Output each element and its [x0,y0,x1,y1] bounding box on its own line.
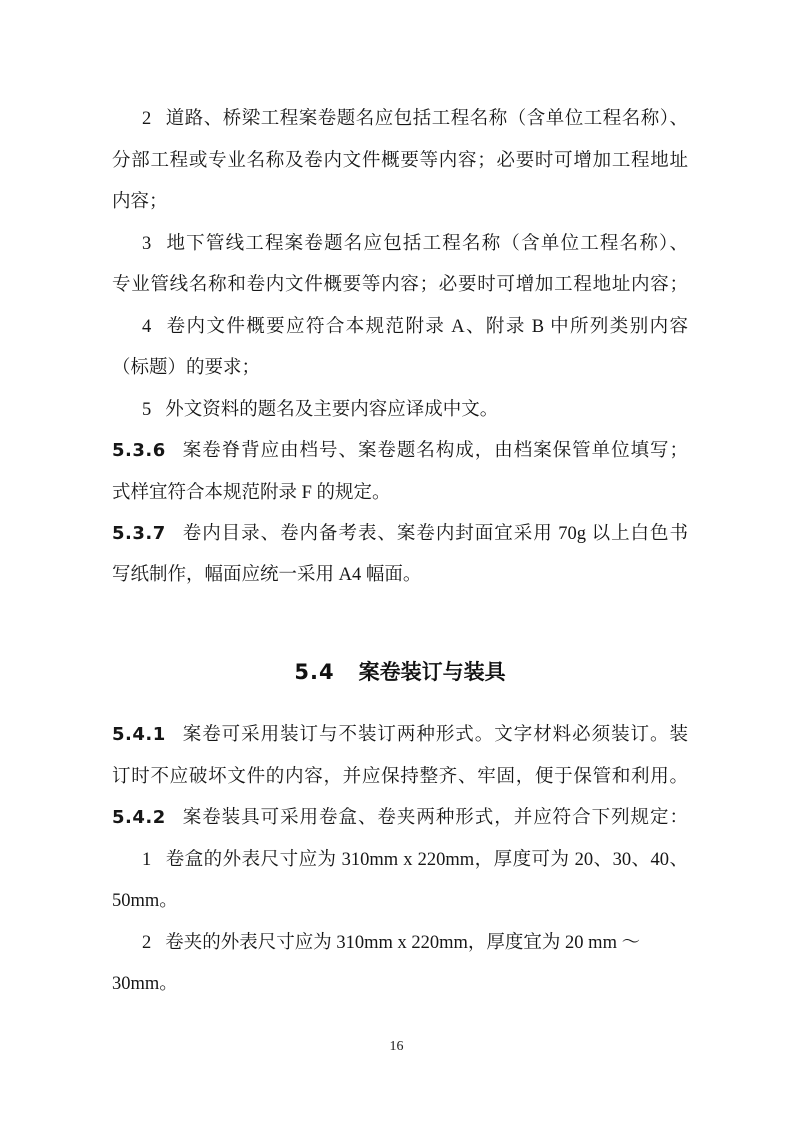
text-line: 分部工程或专业名称及卷内文件概要等内容；必要时可增加工程地址 [112,146,688,176]
text-line: 5.3.7卷内目录、卷内备考表、案卷内封面宜采用 70g 以上白色书 [112,519,688,549]
item-number: 3 [142,234,151,254]
text-line: 4卷内文件概要应符合本规范附录 A、附录 B 中所列类别内容 [112,312,688,342]
line-text: 分部工程或专业名称及卷内文件概要等内容；必要时可增加工程地址 [112,151,688,171]
text-line: 1卷盒的外表尺寸应为 310mm x 220mm，厚度可为 20、30、40、 [112,845,688,875]
line-text: 案卷可采用装订与不装订两种形式。文字材料必须装订。装 [182,725,688,745]
item-number: 2 [142,109,151,129]
text-line: 专业管线名称和卷内文件概要等内容；必要时可增加工程地址内容； [112,270,688,300]
line-text: 卷盒的外表尺寸应为 310mm x 220mm，厚度可为 20、30、40、 [165,850,688,870]
item-number: 5 [142,400,151,420]
section-number: 5.4 [294,660,334,684]
line-text: 50mm。 [112,891,178,911]
line-text: 案卷脊背应由档号、案卷题名构成，由档案保管单位填写； [182,441,688,461]
text-line: 式样宜符合本规范附录 F 的规定。 [112,478,688,508]
text-line: 5.3.6案卷脊背应由档号、案卷题名构成，由档案保管单位填写； [112,436,688,466]
line-text: （标题）的要求； [112,358,260,378]
text-line: 5.4.1案卷可采用装订与不装订两种形式。文字材料必须装订。装 [112,720,688,750]
line-text: 卷夹的外表尺寸应为 310mm x 220mm，厚度宜为 20 mm ～ [165,933,640,953]
document-page: 2道路、桥梁工程案卷题名应包括工程名称（含单位工程名称）、 分部工程或专业名称及… [0,0,793,1122]
line-text: 案卷装具可采用卷盒、卷夹两种形式，并应符合下列规定： [182,808,688,828]
clause-number: 5.3.7 [112,523,166,544]
text-line: 5.4.2案卷装具可采用卷盒、卷夹两种形式，并应符合下列规定： [112,803,688,833]
text-line: 3地下管线工程案卷题名应包括工程名称（含单位工程名称）、 [112,229,688,259]
item-number: 2 [142,933,151,953]
text-line: 2道路、桥梁工程案卷题名应包括工程名称（含单位工程名称）、 [112,104,688,134]
clause-number: 5.4.1 [112,724,166,745]
text-line: （标题）的要求； [112,353,688,383]
line-text: 30mm。 [112,974,178,994]
line-text: 外文资料的题名及主要内容应译成中文。 [165,400,498,420]
page-number: 16 [0,1036,793,1058]
line-text: 专业管线名称和卷内文件概要等内容；必要时可增加工程地址内容； [112,275,688,295]
line-text: 地下管线工程案卷题名应包括工程名称（含单位工程名称）、 [165,234,688,254]
line-text: 卷内目录、卷内备考表、案卷内封面宜采用 70g 以上白色书 [182,524,688,544]
item-number: 4 [142,317,151,337]
line-text: 写纸制作，幅面应统一采用 A4 幅面。 [112,565,421,585]
text-line: 2卷夹的外表尺寸应为 310mm x 220mm，厚度宜为 20 mm ～ [112,928,688,958]
section-heading: 5.4案卷装订与装具 [112,655,688,689]
line-text: 内容； [112,192,168,212]
text-line: 写纸制作，幅面应统一采用 A4 幅面。 [112,560,688,590]
text-line: 50mm。 [112,886,688,916]
clause-number: 5.3.6 [112,440,166,461]
line-text: 订时不应破坏文件的内容，并应保持整齐、牢固，便于保管和利用。 [112,767,688,787]
text-line: 内容； [112,187,688,217]
item-number: 1 [142,850,151,870]
line-text: 道路、桥梁工程案卷题名应包括工程名称（含单位工程名称）、 [165,109,688,129]
line-text: 式样宜符合本规范附录 F 的规定。 [112,483,391,503]
section-title: 案卷装订与装具 [359,660,506,684]
text-line: 5外文资料的题名及主要内容应译成中文。 [112,395,688,425]
text-line: 订时不应破坏文件的内容，并应保持整齐、牢固，便于保管和利用。 [112,762,688,792]
clause-number: 5.4.2 [112,807,166,828]
text-line: 30mm。 [112,969,688,999]
line-text: 卷内文件概要应符合本规范附录 A、附录 B 中所列类别内容 [165,317,688,337]
